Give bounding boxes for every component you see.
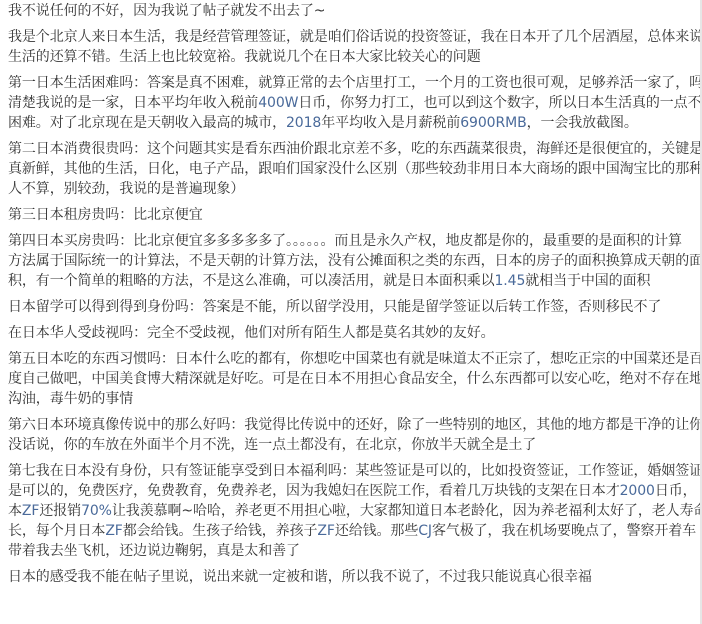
inline-number: 2000 (620, 483, 655, 499)
paragraph-q4-housing: 第四日本买房贵吗：比北京便宜多多多多多了。。。。。。而且是永久产权，地皮都是你的… (8, 231, 700, 291)
paragraph-q5-food: 第五日本吃的东西习惯吗：日本什么吃的都有，你想吃中国菜也有就是味道太不正宗了，想… (8, 349, 700, 409)
text-line: 在日本华人受歧视吗：完全不受歧视，他们对所有陌生人都是莫名其妙的友好。 (8, 323, 700, 343)
text-line: 本ZF还报销70%让我羡慕啊~哈哈，养老更不用担心啦，大家都知道日本老龄化，因为… (8, 501, 700, 521)
paragraph-conclusion: 日本的感受我不能在帖子里说，说出来就一定被和谐，所以我不说了，不过我只能说真心很… (8, 567, 700, 587)
inline-number: 2018 (286, 115, 321, 131)
text-line: 带着我去坐飞机，还边说边鞠躬，真是太和善了 (8, 541, 700, 561)
text-line: 日本留学可以得到得到身份吗：答案是不能，所以留学没用，只能是留学签证以后转工作签… (8, 297, 700, 317)
text-line: 沟油，毒牛奶的事情 (8, 389, 700, 409)
text-line: 第六日本环境真像传说中的那么好吗：我觉得比传说中的还好，除了一些特别的地区，其他… (8, 415, 700, 435)
paragraph-q2-consumption: 第二日本消费很贵吗：这个问题其实是看东西油价跟北京差不多，吃的东西蔬菜很贵，海鲜… (8, 139, 700, 199)
paragraph-background: 我是个北京人来日本生活，我是经营管理签证，就是咱们俗话说的投资签证，我在日本开了… (8, 27, 700, 67)
text-line: 第四日本买房贵吗：比北京便宜多多多多多了。。。。。。而且是永久产权，地皮都是你的… (8, 231, 700, 251)
paragraph-intro: 我不说任何的不好，因为我说了帖子就发不出去了~ (8, 1, 700, 21)
text-line: 清楚我说的是一家，日本平均年收入税前400W日币，你努力打工，也可以到这个数字，… (8, 93, 700, 113)
paragraph-q6-environment: 第六日本环境真像传说中的那么好吗：我觉得比传说中的还好，除了一些特别的地区，其他… (8, 415, 700, 455)
text-line: 方法属于国际统一的计算法，不是天朝的计算方法，没有公摊面积之类的东西，日本的房子… (8, 251, 700, 271)
post-body: 我不说任何的不好，因为我说了帖子就发不出去了~ 我是个北京人来日本生活，我是经营… (8, 1, 700, 593)
paragraph-study-abroad: 日本留学可以得到得到身份吗：答案是不能，所以留学没用，只能是留学签证以后转工作签… (8, 297, 700, 317)
inline-number: ZF (317, 523, 334, 539)
text-line: 第七我在日本没有身份，只有签证能享受到日本福利吗：某些签证是可以的，比如投资签证… (8, 461, 700, 481)
text-line: 第一日本生活困难吗：答案是真不困难，就算正常的去个店里打工，一个月的工资也很可观… (8, 73, 700, 93)
text-line: 度自己做吧，中国美食博大精深就是好吃。可是在日本不用担心食品安全，什么东西都可以… (8, 369, 700, 389)
paragraph-q3-rent: 第三日本租房贵吗：比北京便宜 (8, 205, 700, 225)
inline-number: 70% (81, 503, 112, 519)
paragraph-q1-living: 第一日本生活困难吗：答案是真不困难，就算正常的去个店里打工，一个月的工资也很可观… (8, 73, 700, 133)
text-line: 没话说，你的车放在外面半个月不洗，连一点土都没有，在北京，你放半天就全是土了 (8, 435, 700, 455)
text-line: 第二日本消费很贵吗：这个问题其实是看东西油价跟北京差不多，吃的东西蔬菜很贵，海鲜… (8, 139, 700, 159)
inline-number: ZF (22, 503, 39, 519)
text-line: 第五日本吃的东西习惯吗：日本什么吃的都有，你想吃中国菜也有就是味道太不正宗了，想… (8, 349, 700, 369)
text-line: 第三日本租房贵吗：比北京便宜 (8, 205, 700, 225)
text-line: 困难。对了北京现在是天朝收入最高的城市，2018年平均收入是月薪税前6900RM… (8, 113, 700, 133)
text-line: 生活的还算不错。生活上也比较宽裕。我就说几个在日本大家比较关心的问题 (8, 47, 700, 67)
paragraph-discrimination: 在日本华人受歧视吗：完全不受歧视，他们对所有陌生人都是莫名其妙的友好。 (8, 323, 700, 343)
text-line: 长，每个月日本ZF都会给钱。生孩子给钱，养孩子ZF还给钱。那些CJ客气极了，我在… (8, 521, 700, 541)
text-line: 日本的感受我不能在帖子里说，说出来就一定被和谐，所以我不说了，不过我只能说真心很… (8, 567, 700, 587)
text-line: 我不说任何的不好，因为我说了帖子就发不出去了~ (8, 1, 700, 21)
text-line: 我是个北京人来日本生活，我是经营管理签证，就是咱们俗话说的投资签证，我在日本开了… (8, 27, 700, 47)
inline-number: 400W (258, 95, 298, 111)
text-line: 是可以的，免费医疗，免费教育，免费养老，因为我媳妇在医院工作，看着几万块钱的支架… (8, 481, 700, 501)
inline-number: 6900RMB (460, 115, 526, 131)
inline-number: CJ (418, 523, 432, 539)
text-line: 人不算，别较劲，我说的是普遍现象） (8, 179, 700, 199)
paragraph-q7-welfare: 第七我在日本没有身份，只有签证能享受到日本福利吗：某些签证是可以的，比如投资签证… (8, 461, 700, 561)
inline-number: 1.45 (495, 273, 526, 289)
inline-number: ZF (105, 523, 122, 539)
text-line: 真新鲜，其他的生活，日化，电子产品，跟咱们国家没什么区别（那些较劲非用日本大商场… (8, 159, 700, 179)
text-line: 积，有一个简单的粗略的方法，不是这么准确，可以凑活用，就是日本面积乘以1.45就… (8, 271, 700, 291)
